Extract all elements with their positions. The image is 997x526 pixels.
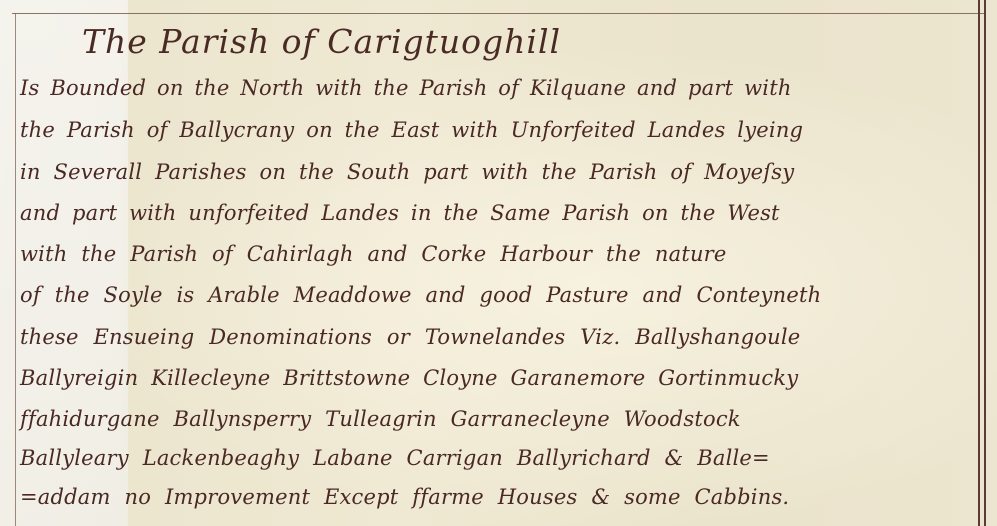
text-line: these Ensueing Denominations or Townelan…	[20, 325, 800, 349]
text-line: =addam no Improvement Except ffarme Hous…	[20, 485, 789, 509]
page-title: The Parish of Carigtuoghill	[82, 22, 561, 61]
top-ruled-line	[12, 13, 984, 14]
text-line: in Severall Parishes on the South part w…	[20, 160, 794, 184]
text-line: Ballyleary Lackenbeaghy Labane Carrigan …	[20, 446, 770, 470]
text-line: Is Bounded on the North with the Parish …	[20, 76, 792, 100]
text-line: ffahidurgane Ballynsperry Tulleagrin Gar…	[20, 407, 741, 431]
text-line: with the Parish of Cahirlagh and Corke H…	[20, 242, 727, 266]
text-line: of the Soyle is Arable Meaddowe and good…	[20, 283, 821, 307]
text-line: and part with unforfeited Landes in the …	[20, 201, 780, 225]
text-line: the Parish of Ballycrany on the East wit…	[20, 118, 803, 142]
right-border-line-inner	[978, 0, 980, 526]
manuscript-page: The Parish of Carigtuoghill Is Bounded o…	[0, 0, 997, 526]
left-margin-line	[15, 13, 16, 526]
right-border-line-outer	[984, 0, 986, 526]
text-line: Ballyreigin Killecleyne Brittstowne Cloy…	[20, 366, 798, 390]
